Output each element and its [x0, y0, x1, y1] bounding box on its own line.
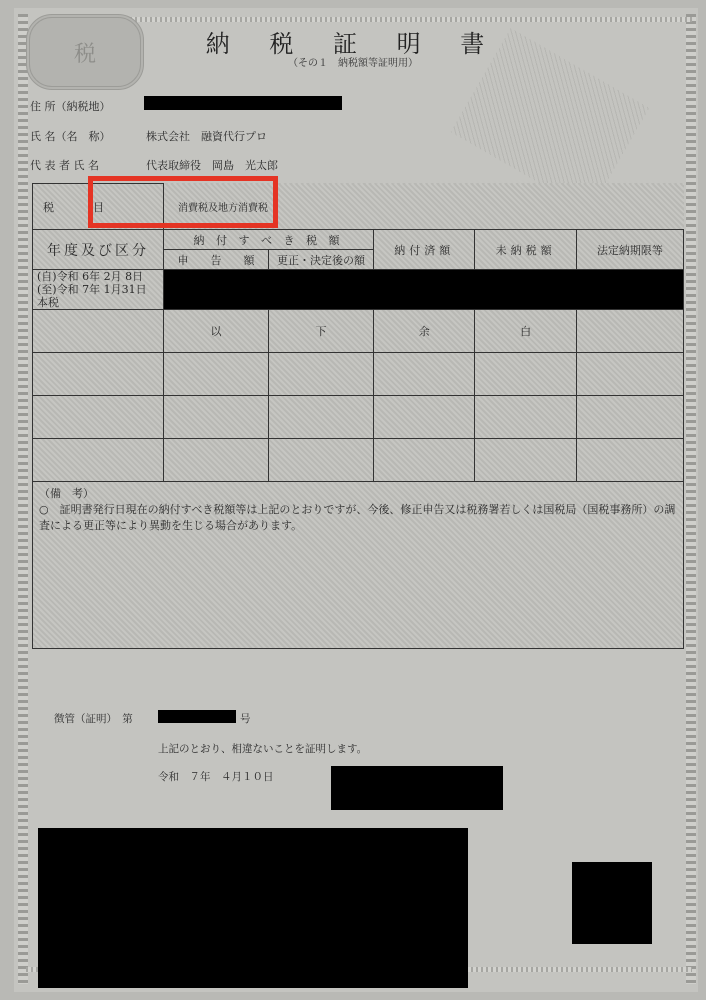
notes-section: （備 考） ○ 証明書発行日現在の納付すべき税額等は上記のとおりですが、今後、修… [33, 482, 684, 649]
table-row: 以 下 余 白 [33, 310, 684, 353]
office-seal-redaction [38, 828, 468, 988]
table-row [33, 353, 684, 396]
header-paid: 納付済額 [374, 230, 475, 270]
notes-text: ○ 証明書発行日現在の納付すべき税額等は上記のとおりですが、今後、修正申告又は税… [39, 502, 677, 534]
period-cell: (自)令和 6年 2月 8日 (至)令和 7年 1月31日 本税 [33, 270, 164, 310]
cert-number-suffix: 号 [240, 711, 251, 726]
header-period: 年度及び区分 [33, 230, 164, 270]
notes-label: （備 考） [39, 486, 677, 502]
tax-item-highlight-box [88, 176, 278, 228]
name-value: 株式会社 融資代行プロ [146, 128, 267, 144]
amounts-redaction [164, 270, 684, 310]
header-declared: 申 告 額 [164, 250, 269, 270]
header-payable: 納 付 す べ き 税 額 [164, 230, 374, 250]
tax-certificate-table: 税 目 消費税及地方消費税 年度及び区分 納 付 す べ き 税 額 納付済額 … [32, 183, 684, 649]
header-corrected: 更正・決定後の額 [269, 250, 374, 270]
decorative-border-top [130, 17, 692, 22]
table-row [33, 439, 684, 482]
header-deadline: 法定納期限等 [576, 230, 683, 270]
certification-statement: 上記のとおり、相違ないことを証明します。 [158, 741, 367, 756]
address-redaction [144, 96, 342, 110]
name-label: 氏 名（名 称） [30, 128, 111, 144]
issuer-redaction [331, 766, 503, 810]
decorative-border-left [18, 14, 28, 984]
document-subtitle: （その１ 納税額等証明用） [0, 54, 706, 69]
header-unpaid: 未納税額 [475, 230, 576, 270]
decorative-border-right [686, 14, 696, 984]
table-row [33, 396, 684, 439]
address-label: 住 所（納税地） [30, 98, 111, 114]
issue-date: 令和 ７年 ４月１０日 [158, 769, 274, 784]
table-row: (自)令和 6年 2月 8日 (至)令和 7年 1月31日 本税 [33, 270, 684, 310]
representative-value: 代表取締役 岡島 光太郎 [146, 157, 278, 173]
representative-label: 代 表 者 氏 名 [30, 157, 99, 173]
cert-number-label: 徴管（証明） 第 [54, 711, 133, 726]
cert-number-redaction [158, 710, 236, 723]
stamp-redaction [572, 862, 652, 944]
